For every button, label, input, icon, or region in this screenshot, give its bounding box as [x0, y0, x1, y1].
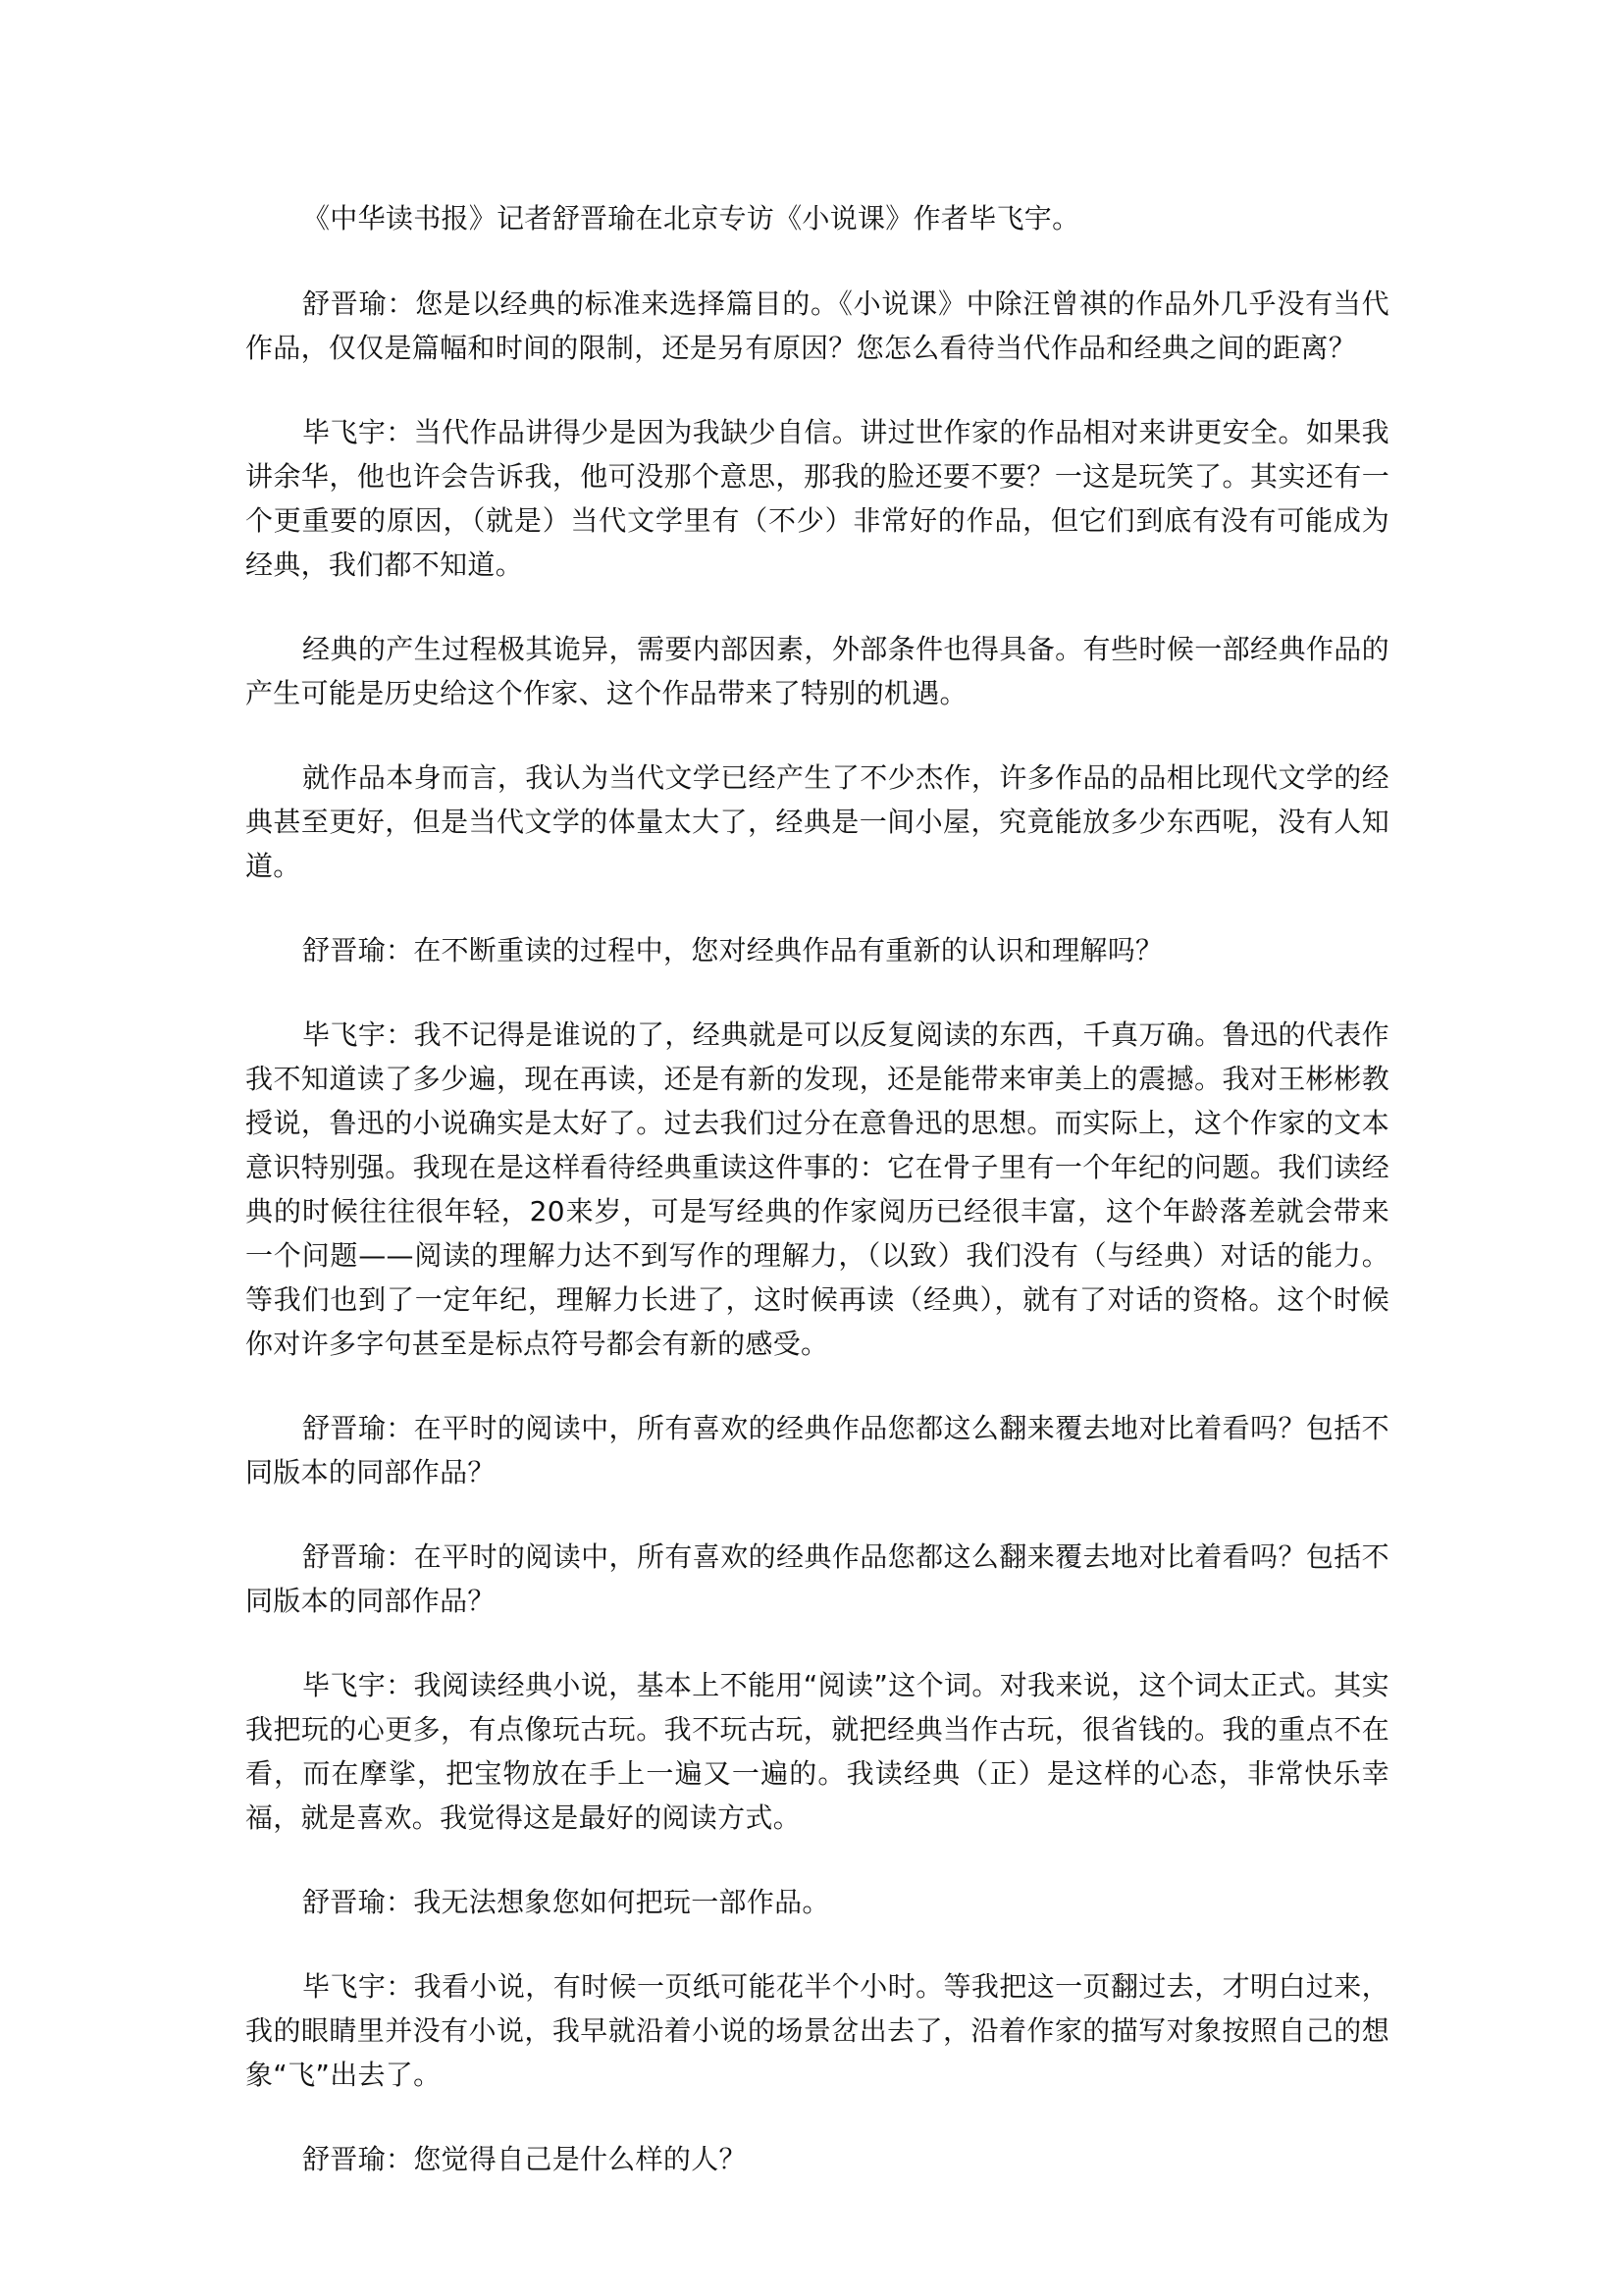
question-paragraph: 舒晋瑜：在不断重读的过程中，您对经典作品有重新的认识和理解吗？ [245, 928, 1389, 972]
document-page: 《中华读书报》记者舒晋瑜在北京专访《小说课》作者毕飞宇。 舒晋瑜：您是以经典的标… [245, 196, 1389, 2221]
answer-paragraph: 毕飞宇：我看小说，有时候一页纸可能花半个小时。等我把这一页翻过去，才明白过来，我… [245, 1964, 1389, 2097]
answer-paragraph: 就作品本身而言，我认为当代文学已经产生了不少杰作，许多作品的品相比现代文学的经典… [245, 756, 1389, 888]
answer-paragraph: 毕飞宇：我不记得是谁说的了，经典就是可以反复阅读的东西，千真万确。鲁迅的代表作我… [245, 1013, 1389, 1366]
answer-paragraph: 毕飞宇：我阅读经典小说，基本上不能用“阅读”这个词。对我来说，这个词太正式。其实… [245, 1663, 1389, 1840]
question-paragraph: 舒晋瑜：在平时的阅读中，所有喜欢的经典作品您都这么翻来覆去地对比着看吗？包括不同… [245, 1406, 1389, 1494]
question-paragraph: 舒晋瑜：在平时的阅读中，所有喜欢的经典作品您都这么翻来覆去地对比着看吗？包括不同… [245, 1535, 1389, 1623]
intro-paragraph: 《中华读书报》记者舒晋瑜在北京专访《小说课》作者毕飞宇。 [245, 196, 1389, 240]
answer-paragraph: 毕飞宇：当代作品讲得少是因为我缺少自信。讲过世作家的作品相对来讲更安全。如果我讲… [245, 410, 1389, 587]
answer-paragraph: 经典的产生过程极其诡异，需要内部因素，外部条件也得具备。有些时候一部经典作品的产… [245, 627, 1389, 715]
question-paragraph: 舒晋瑜：我无法想象您如何把玩一部作品。 [245, 1880, 1389, 1924]
question-paragraph: 舒晋瑜：您是以经典的标准来选择篇目的。《小说课》中除汪曾祺的作品外几乎没有当代作… [245, 282, 1389, 370]
question-paragraph: 舒晋瑜：您觉得自己是什么样的人？ [245, 2137, 1389, 2181]
